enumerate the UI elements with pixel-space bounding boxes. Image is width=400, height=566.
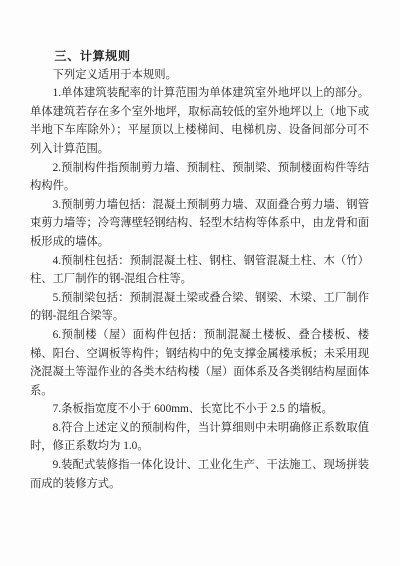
rule-paragraph-5: 5.预制梁包括：预制混凝土梁或叠合梁、钢梁、木梁、工厂制作的钢-混组合梁等。 — [30, 289, 369, 326]
rule-paragraph-1: 1.单体建筑装配率的计算范围为单体建筑室外地坪以上的部分。单体建筑若存在多个室外… — [30, 84, 369, 158]
rule-paragraph-6: 6.预制楼（屋）面构件包括：预制混凝土楼板、叠合楼板、楼梯、阳台、空调板等构件；… — [30, 326, 369, 400]
section-heading: 三、计算规则 — [30, 47, 369, 66]
rule-paragraph-4: 4.预制柱包括：预制混凝土柱、钢柱、钢管混凝土柱、木（竹）柱、工厂制作的钢-混组… — [30, 252, 369, 289]
rule-paragraph-2: 2.预制构件指预制剪力墙、预制柱、预制梁、预制楼面构件等结构构件。 — [30, 159, 369, 196]
rule-paragraph-9: 9.装配式装修指一体化设计、工业化生产、干法施工、现场拼装而成的装修方式。 — [30, 456, 369, 493]
rule-paragraph-7: 7.条板指宽度不小于 600mm、长宽比不小于 2.5 的墙板。 — [30, 400, 369, 419]
intro-paragraph: 下列定义适用于本规则。 — [30, 66, 369, 85]
rule-paragraph-3: 3.预制剪力墙包括：混凝土预制剪力墙、双面叠合剪力墙、钢管束剪力墙等；冷弯薄壁轻… — [30, 196, 369, 252]
rule-paragraph-8: 8.符合上述定义的预制构件，当计算细则中未明确修正系数取值时，修正系数均为 1.… — [30, 419, 369, 456]
document-page: 三、计算规则 下列定义适用于本规则。 1.单体建筑装配率的计算范围为单体建筑室外… — [0, 0, 400, 566]
